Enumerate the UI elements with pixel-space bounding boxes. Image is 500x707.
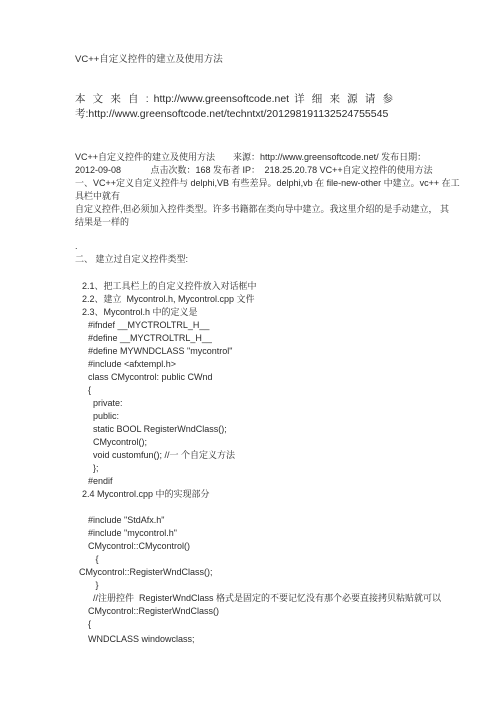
text-line: #ifndef __MYCTROLTRL_H__ [88, 319, 480, 332]
text-line: 二、 建立过自定义控件类型: [75, 253, 480, 266]
text-line: 2.2、建立 Mycontrol.h, Mycontrol.cpp 文件 [82, 293, 480, 306]
document-body: VC++自定义控件的建立及使用方法 来源：http://www.greensof… [75, 151, 480, 646]
text-line: #include "mycontrol.h" [88, 527, 480, 540]
text-line: #include <afxtempl.h> [88, 358, 480, 371]
text-line: }; [88, 462, 480, 475]
text-line: WNDCLASS windowclass; [88, 633, 480, 646]
text-line: #define __MYCTROLTRL_H__ [88, 332, 480, 345]
text-line: 一、VC++定义自定义控件与 delphi,VB 有些差异。delphi,vb … [75, 177, 480, 190]
text-line: . [75, 240, 480, 253]
text-line: static BOOL RegisterWndClass(); [88, 423, 480, 436]
text-line: 2012-09-08 点击次数：168 发布者 IP： 218.25.20.78… [75, 164, 480, 177]
text-line: CMycontrol(); [88, 436, 480, 449]
source-line-1: 本 文 来 自 : http://www.greensoftcode.net 详… [75, 92, 393, 107]
text-line: class CMycontrol: public CWnd [88, 371, 480, 384]
text-line: //注册控件 RegisterWndClass 格式是固定的不要记忆没有那个必要… [88, 592, 480, 605]
source-line-2: 考:http://www.greensoftcode.net/techntxt/… [75, 107, 393, 122]
text-line: 结果是一样的 [75, 216, 480, 229]
source-paragraph: 本 文 来 自 : http://www.greensoftcode.net 详… [75, 92, 393, 121]
text-line: void customfun(); //一 个自定义方法 [88, 449, 480, 462]
text-line: private: [88, 397, 480, 410]
text-line: #include "StdAfx.h" [88, 514, 480, 527]
text-line: CMycontrol::RegisterWndClass() [88, 605, 480, 618]
document-page: VC++自定义控件的建立及使用方法 本 文 来 自 : http://www.g… [0, 0, 500, 707]
text-line: VC++自定义控件的建立及使用方法 来源：http://www.greensof… [75, 151, 480, 164]
text-line: #endif [88, 475, 480, 488]
text-line: CMycontrol::RegisterWndClass(); [79, 566, 480, 579]
text-line: { [88, 384, 480, 397]
text-line: 2.3、Mycontrol.h 中的定义是 [82, 306, 480, 319]
text-line: CMycontrol::CMycontrol() [88, 540, 480, 553]
text-line: 具栏中就有 [75, 190, 480, 203]
text-line: { [88, 553, 480, 566]
text-line: 自定义控件,但必须加入控件类型。许多书籍都在类向导中建立。我这里介绍的是手动建立… [75, 203, 480, 216]
text-line: public: [88, 410, 480, 423]
text-line: } [88, 579, 480, 592]
text-line: 2.1、把工具栏上的自定义控件放入对话框中 [82, 280, 480, 293]
page-title: VC++自定义控件的建立及使用方法 [75, 53, 480, 66]
text-line: 2.4 Mycontrol.cpp 中的实现部分 [82, 488, 480, 501]
text-line: { [88, 618, 480, 631]
text-line: #define MYWNDCLASS "mycontrol" [88, 345, 480, 358]
